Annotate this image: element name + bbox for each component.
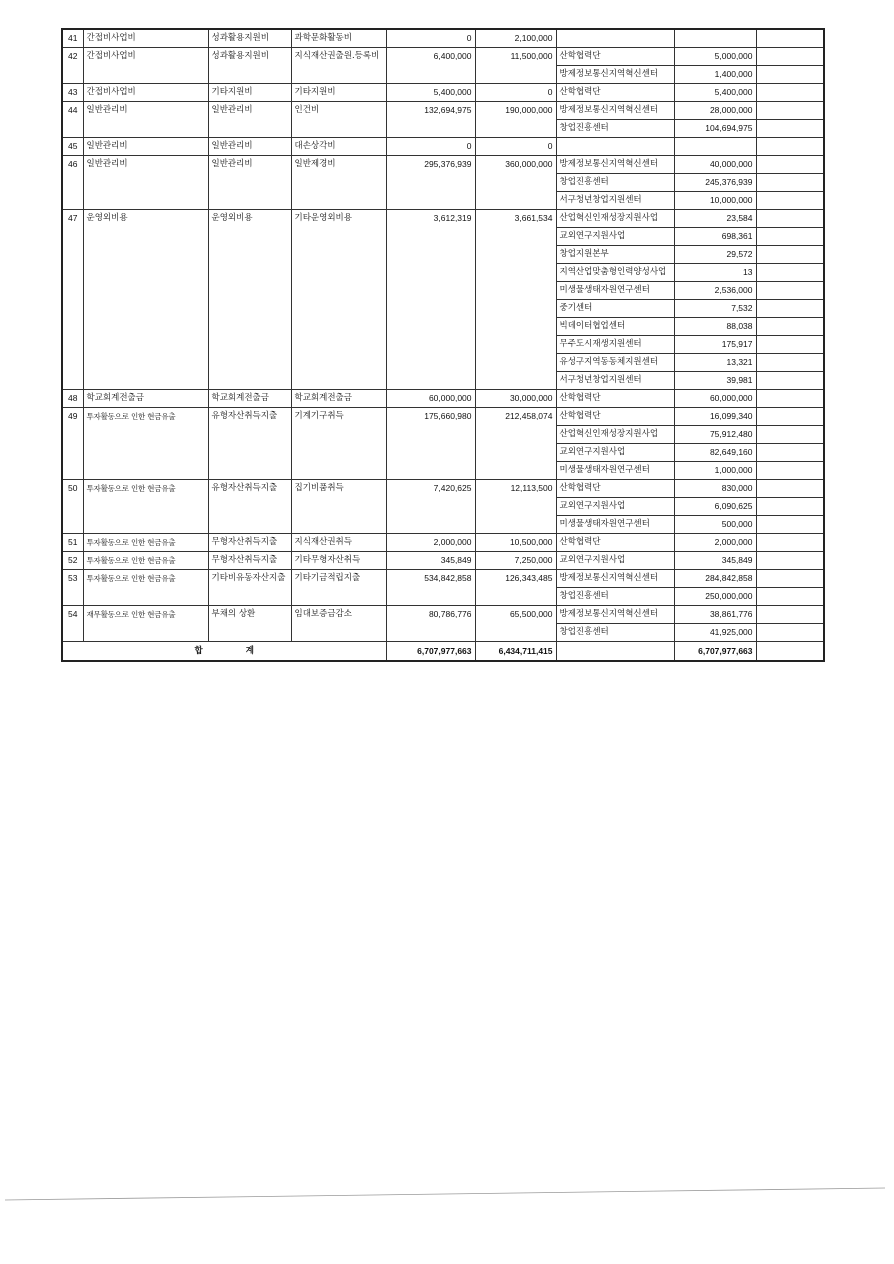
table-row: 53투자활동으로 인한 현금유출기타비유동자산지출기타기금적립지출534,842… <box>62 570 824 588</box>
table-row: 54재무활동으로 인한 현금유출부채의 상환임대보증금감소80,786,7766… <box>62 606 824 624</box>
table-row: 42간접비사업비성과활용지원비지식재산권출원.등록비6,400,00011,50… <box>62 48 824 66</box>
remarks-cell <box>756 498 824 516</box>
department-name: 산학협력단 <box>556 534 674 552</box>
settled-amount: 0 <box>386 29 475 48</box>
remarks-cell <box>756 192 824 210</box>
department-amount: 23,584 <box>674 210 756 228</box>
budget-amount: 65,500,000 <box>475 606 556 642</box>
settled-amount: 534,842,858 <box>386 570 475 606</box>
department-amount: 40,000,000 <box>674 156 756 174</box>
remarks-cell <box>756 84 824 102</box>
category-major: 재무활동으로 인한 현금유출 <box>83 606 208 642</box>
budget-amount: 212,458,074 <box>475 408 556 480</box>
row-number: 53 <box>62 570 83 606</box>
settled-amount: 295,376,939 <box>386 156 475 210</box>
remarks-cell <box>756 174 824 192</box>
remarks-cell <box>756 66 824 84</box>
remarks-cell <box>756 408 824 426</box>
department-name: 산업혁신인재성장지원사업 <box>556 210 674 228</box>
department-amount: 29,572 <box>674 246 756 264</box>
department-name: 방제정보통신지역혁신센터 <box>556 156 674 174</box>
category-major: 간접비사업비 <box>83 48 208 84</box>
settled-amount: 3,612,319 <box>386 210 475 390</box>
department-name: 교외연구지원사업 <box>556 228 674 246</box>
category-major: 간접비사업비 <box>83 29 208 48</box>
remarks-cell <box>756 444 824 462</box>
budget-amount: 10,500,000 <box>475 534 556 552</box>
department-amount: 250,000,000 <box>674 588 756 606</box>
settled-amount: 60,000,000 <box>386 390 475 408</box>
row-number: 47 <box>62 210 83 390</box>
budget-amount: 7,250,000 <box>475 552 556 570</box>
remarks-cell <box>756 282 824 300</box>
category-middle: 무형자산취득지출 <box>208 534 291 552</box>
table-row: 45일반관리비일반관리비대손상각비00 <box>62 138 824 156</box>
total-remarks <box>756 642 824 662</box>
category-item: 일반제경비 <box>291 156 386 210</box>
budget-amount: 2,100,000 <box>475 29 556 48</box>
category-middle: 무형자산취득지출 <box>208 552 291 570</box>
department-name: 미생물생태자원연구센터 <box>556 462 674 480</box>
remarks-cell <box>756 516 824 534</box>
department-amount: 175,917 <box>674 336 756 354</box>
category-middle: 유형자산취득지출 <box>208 408 291 480</box>
department-amount: 7,532 <box>674 300 756 318</box>
remarks-cell <box>756 390 824 408</box>
department-name: 서구청년창업지원센터 <box>556 372 674 390</box>
department-name: 산학협력단 <box>556 408 674 426</box>
department-amount: 345,849 <box>674 552 756 570</box>
remarks-cell <box>756 210 824 228</box>
department-amount: 88,038 <box>674 318 756 336</box>
department-name: 무주도시재생지원센터 <box>556 336 674 354</box>
remarks-cell <box>756 246 824 264</box>
department-amount: 10,000,000 <box>674 192 756 210</box>
department-name: 빅데이터협업센터 <box>556 318 674 336</box>
department-name: 창업지원본부 <box>556 246 674 264</box>
department-amount: 245,376,939 <box>674 174 756 192</box>
department-amount: 698,361 <box>674 228 756 246</box>
department-name: 창업진흥센터 <box>556 120 674 138</box>
settled-amount: 175,660,980 <box>386 408 475 480</box>
department-name: 산학협력단 <box>556 480 674 498</box>
department-name: 교외연구지원사업 <box>556 444 674 462</box>
category-item: 과학문화활동비 <box>291 29 386 48</box>
category-middle: 기타비유동자산지출 <box>208 570 291 606</box>
department-name: 방제정보통신지역혁신센터 <box>556 66 674 84</box>
category-item: 집기비품취득 <box>291 480 386 534</box>
remarks-cell <box>756 336 824 354</box>
remarks-cell <box>756 606 824 624</box>
department-name <box>556 138 674 156</box>
department-name: 방제정보통신지역혁신센터 <box>556 606 674 624</box>
department-amount: 1,000,000 <box>674 462 756 480</box>
table-row: 52투자활동으로 인한 현금유출무형자산취득지출기타무형자산취득345,8497… <box>62 552 824 570</box>
remarks-cell <box>756 156 824 174</box>
remarks-cell <box>756 138 824 156</box>
category-middle: 부채의 상환 <box>208 606 291 642</box>
department-amount: 830,000 <box>674 480 756 498</box>
budget-amount: 126,343,485 <box>475 570 556 606</box>
row-number: 44 <box>62 102 83 138</box>
total-dept-amount: 6,707,977,663 <box>674 642 756 662</box>
row-number: 45 <box>62 138 83 156</box>
budget-amount: 0 <box>475 138 556 156</box>
department-amount: 5,000,000 <box>674 48 756 66</box>
total-label: 합 계 <box>62 642 386 662</box>
department-name: 유성구지역동동체지원센터 <box>556 354 674 372</box>
row-number: 49 <box>62 408 83 480</box>
total-dept-name <box>556 642 674 662</box>
department-amount <box>674 138 756 156</box>
table-row: 41간접비사업비성과활용지원비과학문화활동비02,100,000 <box>62 29 824 48</box>
category-middle: 학교회계전출금 <box>208 390 291 408</box>
expense-ledger-table: 41간접비사업비성과활용지원비과학문화활동비02,100,00042간접비사업비… <box>61 28 825 662</box>
settled-amount: 132,694,975 <box>386 102 475 138</box>
category-item: 지식재산권출원.등록비 <box>291 48 386 84</box>
department-amount: 16,099,340 <box>674 408 756 426</box>
row-number: 43 <box>62 84 83 102</box>
remarks-cell <box>756 480 824 498</box>
table-row: 44일반관리비일반관리비인건비132,694,975190,000,000방제정… <box>62 102 824 120</box>
category-major: 학교회계전출금 <box>83 390 208 408</box>
department-name: 중기센터 <box>556 300 674 318</box>
table-row: 46일반관리비일반관리비일반제경비295,376,939360,000,000방… <box>62 156 824 174</box>
total-budget: 6,434,711,415 <box>475 642 556 662</box>
table-row: 48학교회계전출금학교회계전출금학교회계전출금60,000,00030,000,… <box>62 390 824 408</box>
settled-amount: 2,000,000 <box>386 534 475 552</box>
department-amount: 41,925,000 <box>674 624 756 642</box>
department-amount: 1,400,000 <box>674 66 756 84</box>
category-item: 지식재산권취득 <box>291 534 386 552</box>
department-amount: 28,000,000 <box>674 102 756 120</box>
budget-amount: 11,500,000 <box>475 48 556 84</box>
remarks-cell <box>756 624 824 642</box>
category-major: 투자활동으로 인한 현금유출 <box>83 570 208 606</box>
department-name: 창업진흥센터 <box>556 588 674 606</box>
department-name: 서구청년창업지원센터 <box>556 192 674 210</box>
category-major: 일반관리비 <box>83 156 208 210</box>
category-middle: 기타지원비 <box>208 84 291 102</box>
department-name: 교외연구지원사업 <box>556 552 674 570</box>
scan-edge-line <box>5 1187 885 1201</box>
category-item: 기계기구취득 <box>291 408 386 480</box>
category-middle: 일반관리비 <box>208 156 291 210</box>
remarks-cell <box>756 372 824 390</box>
remarks-cell <box>756 48 824 66</box>
budget-amount: 190,000,000 <box>475 102 556 138</box>
category-middle: 운영외비용 <box>208 210 291 390</box>
table-row: 43간접비사업비기타지원비기타지원비5,400,0000산학협력단5,400,0… <box>62 84 824 102</box>
department-amount: 75,912,480 <box>674 426 756 444</box>
department-name: 산학협력단 <box>556 390 674 408</box>
department-name: 방제정보통신지역혁신센터 <box>556 570 674 588</box>
remarks-cell <box>756 570 824 588</box>
row-number: 42 <box>62 48 83 84</box>
department-amount: 60,000,000 <box>674 390 756 408</box>
budget-amount: 360,000,000 <box>475 156 556 210</box>
remarks-cell <box>756 588 824 606</box>
table-row: 51투자활동으로 인한 현금유출무형자산취득지출지식재산권취득2,000,000… <box>62 534 824 552</box>
department-amount <box>674 29 756 48</box>
department-name <box>556 29 674 48</box>
total-amount: 6,707,977,663 <box>386 642 475 662</box>
department-amount: 39,981 <box>674 372 756 390</box>
row-number: 51 <box>62 534 83 552</box>
department-name: 교외연구지원사업 <box>556 498 674 516</box>
remarks-cell <box>756 228 824 246</box>
settled-amount: 345,849 <box>386 552 475 570</box>
row-number: 54 <box>62 606 83 642</box>
department-amount: 13,321 <box>674 354 756 372</box>
department-name: 미생물생태자원연구센터 <box>556 516 674 534</box>
category-middle: 유형자산취득지출 <box>208 480 291 534</box>
category-major: 투자활동으로 인한 현금유출 <box>83 408 208 480</box>
category-item: 학교회계전출금 <box>291 390 386 408</box>
budget-amount: 30,000,000 <box>475 390 556 408</box>
category-item: 임대보증금감소 <box>291 606 386 642</box>
department-name: 산학협력단 <box>556 84 674 102</box>
department-name: 방제정보통신지역혁신센터 <box>556 102 674 120</box>
table-row: 49투자활동으로 인한 현금유출유형자산취득지출기계기구취득175,660,98… <box>62 408 824 426</box>
department-amount: 6,090,625 <box>674 498 756 516</box>
remarks-cell <box>756 354 824 372</box>
remarks-cell <box>756 318 824 336</box>
category-item: 기타운영외비용 <box>291 210 386 390</box>
settled-amount: 7,420,625 <box>386 480 475 534</box>
department-amount: 82,649,160 <box>674 444 756 462</box>
department-name: 창업진흥센터 <box>556 174 674 192</box>
row-number: 46 <box>62 156 83 210</box>
row-number: 48 <box>62 390 83 408</box>
row-number: 41 <box>62 29 83 48</box>
budget-amount: 0 <box>475 84 556 102</box>
remarks-cell <box>756 264 824 282</box>
remarks-cell <box>756 534 824 552</box>
settled-amount: 5,400,000 <box>386 84 475 102</box>
category-item: 기타지원비 <box>291 84 386 102</box>
settled-amount: 80,786,776 <box>386 606 475 642</box>
category-major: 운영외비용 <box>83 210 208 390</box>
remarks-cell <box>756 300 824 318</box>
category-major: 일반관리비 <box>83 102 208 138</box>
ledger-body: 41간접비사업비성과활용지원비과학문화활동비02,100,00042간접비사업비… <box>62 29 824 642</box>
department-amount: 2,536,000 <box>674 282 756 300</box>
remarks-cell <box>756 552 824 570</box>
category-middle: 일반관리비 <box>208 102 291 138</box>
category-major: 투자활동으로 인한 현금유출 <box>83 552 208 570</box>
department-amount: 500,000 <box>674 516 756 534</box>
category-middle: 성과활용지원비 <box>208 29 291 48</box>
remarks-cell <box>756 120 824 138</box>
settled-amount: 0 <box>386 138 475 156</box>
total-row: 합 계 6,707,977,663 6,434,711,415 6,707,97… <box>62 642 824 662</box>
category-item: 기타무형자산취득 <box>291 552 386 570</box>
category-item: 대손상각비 <box>291 138 386 156</box>
department-name: 미생물생태자원연구센터 <box>556 282 674 300</box>
department-amount: 13 <box>674 264 756 282</box>
budget-amount: 3,661,534 <box>475 210 556 390</box>
table-row: 47운영외비용운영외비용기타운영외비용3,612,3193,661,534산업혁… <box>62 210 824 228</box>
budget-amount: 12,113,500 <box>475 480 556 534</box>
department-amount: 38,861,776 <box>674 606 756 624</box>
category-middle: 일반관리비 <box>208 138 291 156</box>
row-number: 52 <box>62 552 83 570</box>
department-name: 창업진흥센터 <box>556 624 674 642</box>
remarks-cell <box>756 29 824 48</box>
department-amount: 284,842,858 <box>674 570 756 588</box>
category-item: 기타기금적립지출 <box>291 570 386 606</box>
remarks-cell <box>756 426 824 444</box>
category-middle: 성과활용지원비 <box>208 48 291 84</box>
department-name: 산업혁신인재성장지원사업 <box>556 426 674 444</box>
table-row: 50투자활동으로 인한 현금유출유형자산취득지출집기비품취득7,420,6251… <box>62 480 824 498</box>
category-major: 간접비사업비 <box>83 84 208 102</box>
category-major: 일반관리비 <box>83 138 208 156</box>
department-amount: 5,400,000 <box>674 84 756 102</box>
remarks-cell <box>756 462 824 480</box>
settled-amount: 6,400,000 <box>386 48 475 84</box>
department-name: 산학협력단 <box>556 48 674 66</box>
department-name: 지역산업맞춤형인력양성사업 <box>556 264 674 282</box>
category-major: 투자활동으로 인한 현금유출 <box>83 534 208 552</box>
category-major: 투자활동으로 인한 현금유출 <box>83 480 208 534</box>
row-number: 50 <box>62 480 83 534</box>
department-amount: 104,694,975 <box>674 120 756 138</box>
department-amount: 2,000,000 <box>674 534 756 552</box>
remarks-cell <box>756 102 824 120</box>
category-item: 인건비 <box>291 102 386 138</box>
